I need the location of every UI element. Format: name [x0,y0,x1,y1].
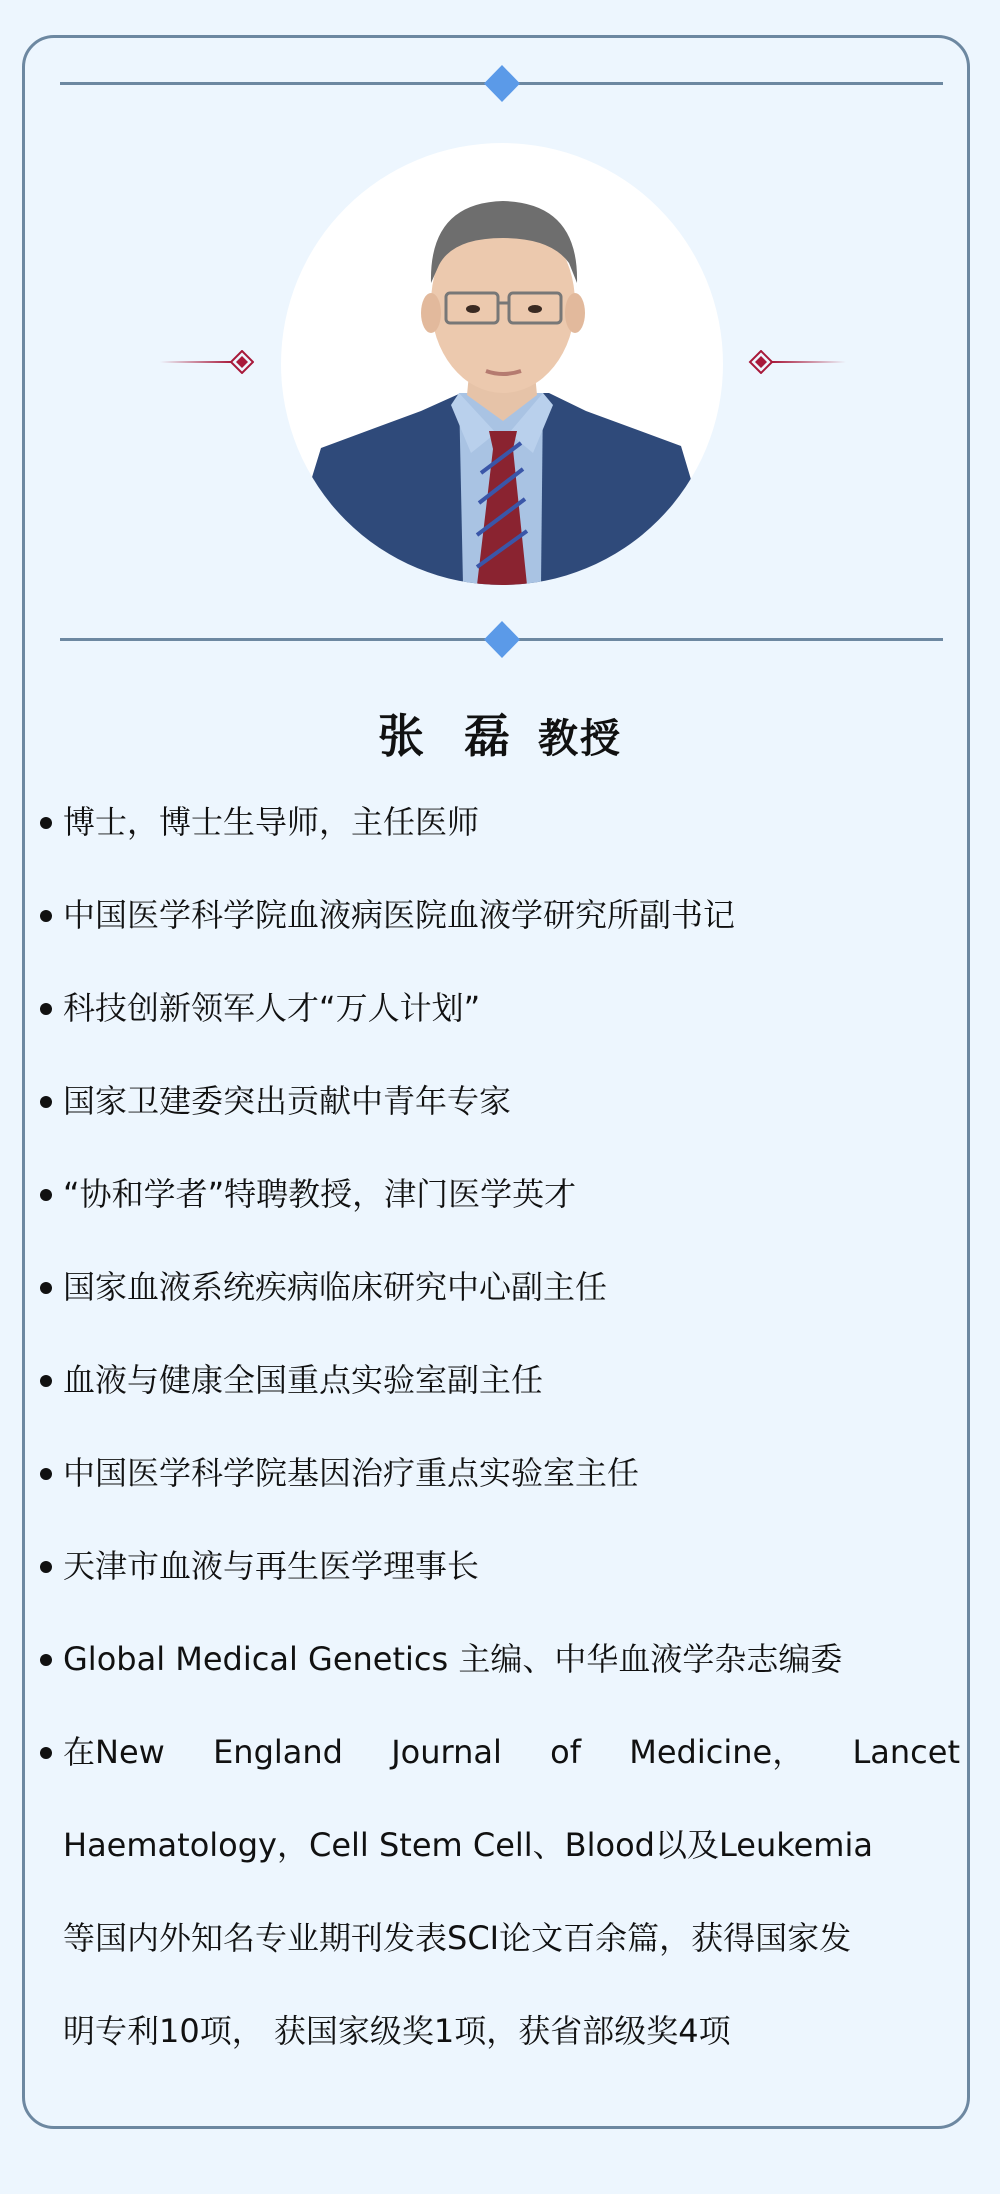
bullet-icon [40,1096,52,1108]
bullet-icon [40,1468,52,1480]
bullet-icon [40,910,52,922]
person-silhouette-icon [281,143,723,585]
bullet-icon [40,1375,52,1387]
bullet-icon [40,1003,52,1015]
person-name: 张 磊 [378,709,522,763]
bottom-divider [60,638,943,641]
bullet-icon [40,1654,52,1666]
right-ornament-icon [748,350,846,374]
bullet-icon [40,1282,52,1294]
paragraph-line: Haematology，Cell Stem Cell、Blood以及Leukem… [63,1799,960,1892]
publications-paragraph: 在New England Journal of Medicine， Lancet… [40,1706,960,2078]
left-ornament-icon [160,350,254,374]
paragraph-line: 等国内外知名专业期刊发表SCI论文百余篇，获得国家发 [63,1892,960,1985]
top-divider [60,82,943,85]
academic-rank: 教授 [538,716,622,762]
bullet-icon [40,817,52,829]
diamond-icon [484,621,520,658]
bullet-icon [40,1747,52,1759]
paragraph-line: 明专利10项， 获国家级奖1项，获省部级奖4项 [63,1985,960,2078]
portrait-photo [281,143,723,585]
profile-title: 张 磊教授 [0,700,1000,766]
bullet-icon [40,1561,52,1573]
diamond-icon [484,65,520,102]
bullet-icon [40,1189,52,1201]
paragraph-line: 在New England Journal of Medicine， Lancet [63,1706,960,1799]
